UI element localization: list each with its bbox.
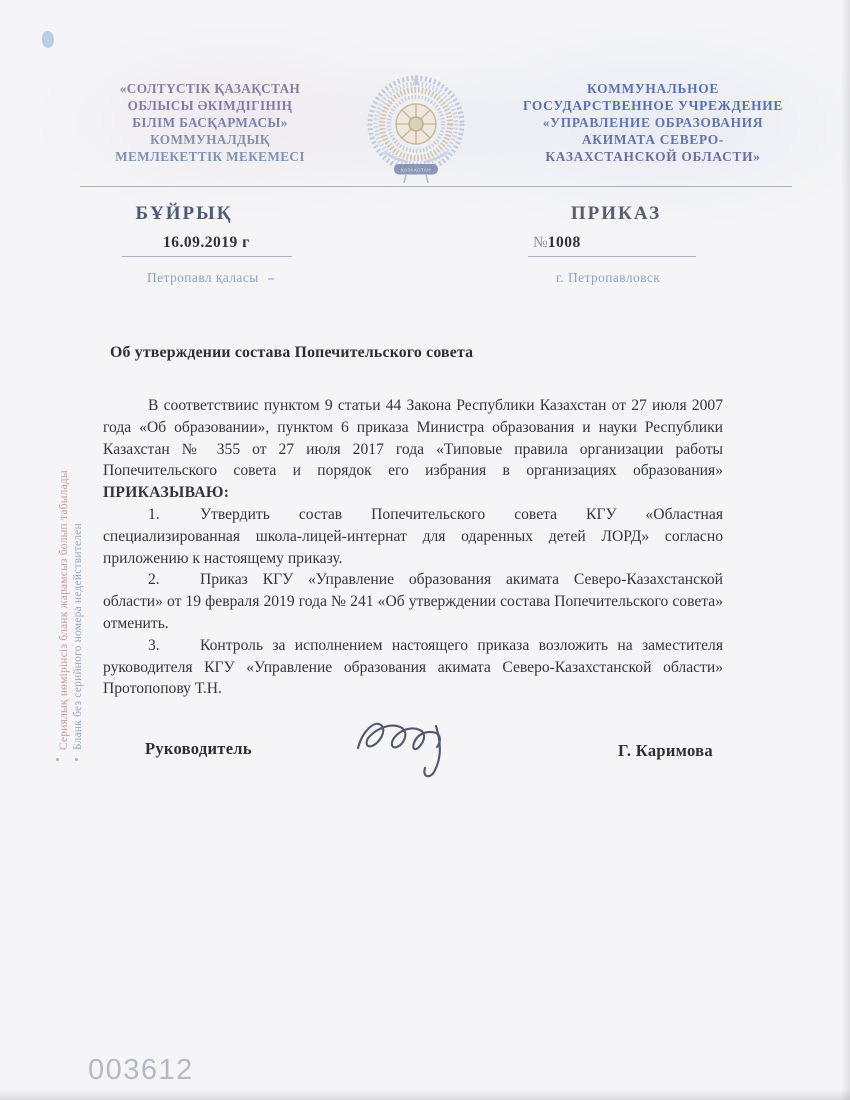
scanned-order-page: «СОЛТҮСТІК ҚАЗАҚСТАН ОБЛЫСЫ ӘКІМДІГІНІҢ … bbox=[0, 0, 850, 1100]
letterhead-line: КАЗАХСТАНСКОЙ ОБЛАСТИ» bbox=[491, 148, 815, 165]
letterhead-line: ОБЛЫСЫ ӘКІМДІГІНІҢ bbox=[85, 97, 335, 114]
document-title: Об утверждении состава Попечительского с… bbox=[110, 344, 473, 362]
signature-name: Г. Каримова bbox=[618, 741, 713, 761]
svg-text:ҚАЗАҚСТАН: ҚАЗАҚСТАН bbox=[401, 168, 431, 173]
margin-serial-note: Сериялық нөмірінсіз бланк жарамсыз болып… bbox=[57, 400, 85, 750]
letterhead-line: ГОСУДАРСТВЕННОЕ УЧРЕЖДЕНИЕ bbox=[491, 97, 815, 114]
letterhead-line: АКИМАТА СЕВЕРО- bbox=[491, 131, 815, 148]
letterhead-line: БІЛІМ БАСҚАРМАСЫ» bbox=[85, 114, 335, 131]
letterhead-line: КОММУНАЛДЫҚ bbox=[85, 131, 335, 148]
blank-serial-number: 003612 bbox=[88, 1054, 194, 1087]
order-date: 16.09.2019 г bbox=[163, 234, 250, 252]
letterhead-kazakh: «СОЛТҮСТІК ҚАЗАҚСТАН ОБЛЫСЫ ӘКІМДІГІНІҢ … bbox=[85, 80, 335, 165]
scan-ink-mark bbox=[42, 31, 54, 48]
intro-bold-word: ПРИКАЗЫВАЮ: bbox=[103, 484, 229, 501]
city-label-kazakh: Петропавл қаласы bbox=[147, 270, 259, 286]
item-number: 2. bbox=[148, 569, 200, 591]
order-title-kazakh: БҰЙРЫҚ bbox=[84, 203, 284, 225]
letterhead-line: «УПРАВЛЕНИЕ ОБРАЗОВАНИЯ bbox=[491, 114, 815, 131]
item-number: 3. bbox=[148, 635, 200, 657]
paragraph-item-2: 2.Приказ КГУ «Управление образования аки… bbox=[103, 569, 723, 634]
number-symbol: № bbox=[533, 234, 548, 251]
letterhead-russian: КОММУНАЛЬНОЕ ГОСУДАРСТВЕННОЕ УЧРЕЖДЕНИЕ … bbox=[491, 80, 815, 165]
date-underline bbox=[122, 256, 292, 257]
margin-note-dot bbox=[75, 758, 78, 761]
signature-role-label: Руководитель bbox=[145, 739, 252, 759]
city-label-russian: г. Петропавловск bbox=[556, 270, 660, 286]
letterhead-line: МЕМЛЕКЕТТІК МЕКЕМЕСІ bbox=[85, 148, 335, 165]
letterhead-line: КОММУНАЛЬНОЕ bbox=[491, 80, 815, 97]
document-body: В соответствиис пунктом 9 статьи 44 Зако… bbox=[103, 395, 723, 700]
item-number: 1. bbox=[148, 504, 200, 526]
paragraph-item-3: 3.Контроль за исполнением настоящего при… bbox=[103, 635, 723, 700]
number-value: 1008 bbox=[548, 234, 581, 251]
order-number: №1008 bbox=[533, 234, 581, 252]
scan-edge-shadow bbox=[0, 1089, 850, 1100]
letterhead-line: «СОЛТҮСТІК ҚАЗАҚСТАН bbox=[85, 80, 335, 97]
number-underline bbox=[528, 256, 696, 257]
paragraph-item-1: 1.Утвердить состав Попечительского совет… bbox=[103, 504, 723, 569]
kazakhstan-emblem-icon: ҚАЗАҚСТАН bbox=[366, 72, 466, 184]
header-divider bbox=[80, 186, 792, 187]
margin-note-dot bbox=[56, 758, 59, 761]
order-title-russian: ПРИКАЗ bbox=[516, 203, 716, 225]
handwritten-signature bbox=[350, 704, 485, 779]
scan-edge-shadow bbox=[841, 0, 850, 1100]
margin-note-russian: Бланк без серийного номера недействителе… bbox=[71, 400, 85, 750]
scan-dash-mark bbox=[268, 278, 274, 280]
intro-text: В соответствиис пунктом 9 статьи 44 Зако… bbox=[103, 397, 723, 479]
margin-note-kazakh: Сериялық нөмірінсіз бланк жарамсыз болып… bbox=[57, 400, 71, 750]
paragraph-intro: В соответствиис пунктом 9 статьи 44 Зако… bbox=[103, 395, 723, 504]
